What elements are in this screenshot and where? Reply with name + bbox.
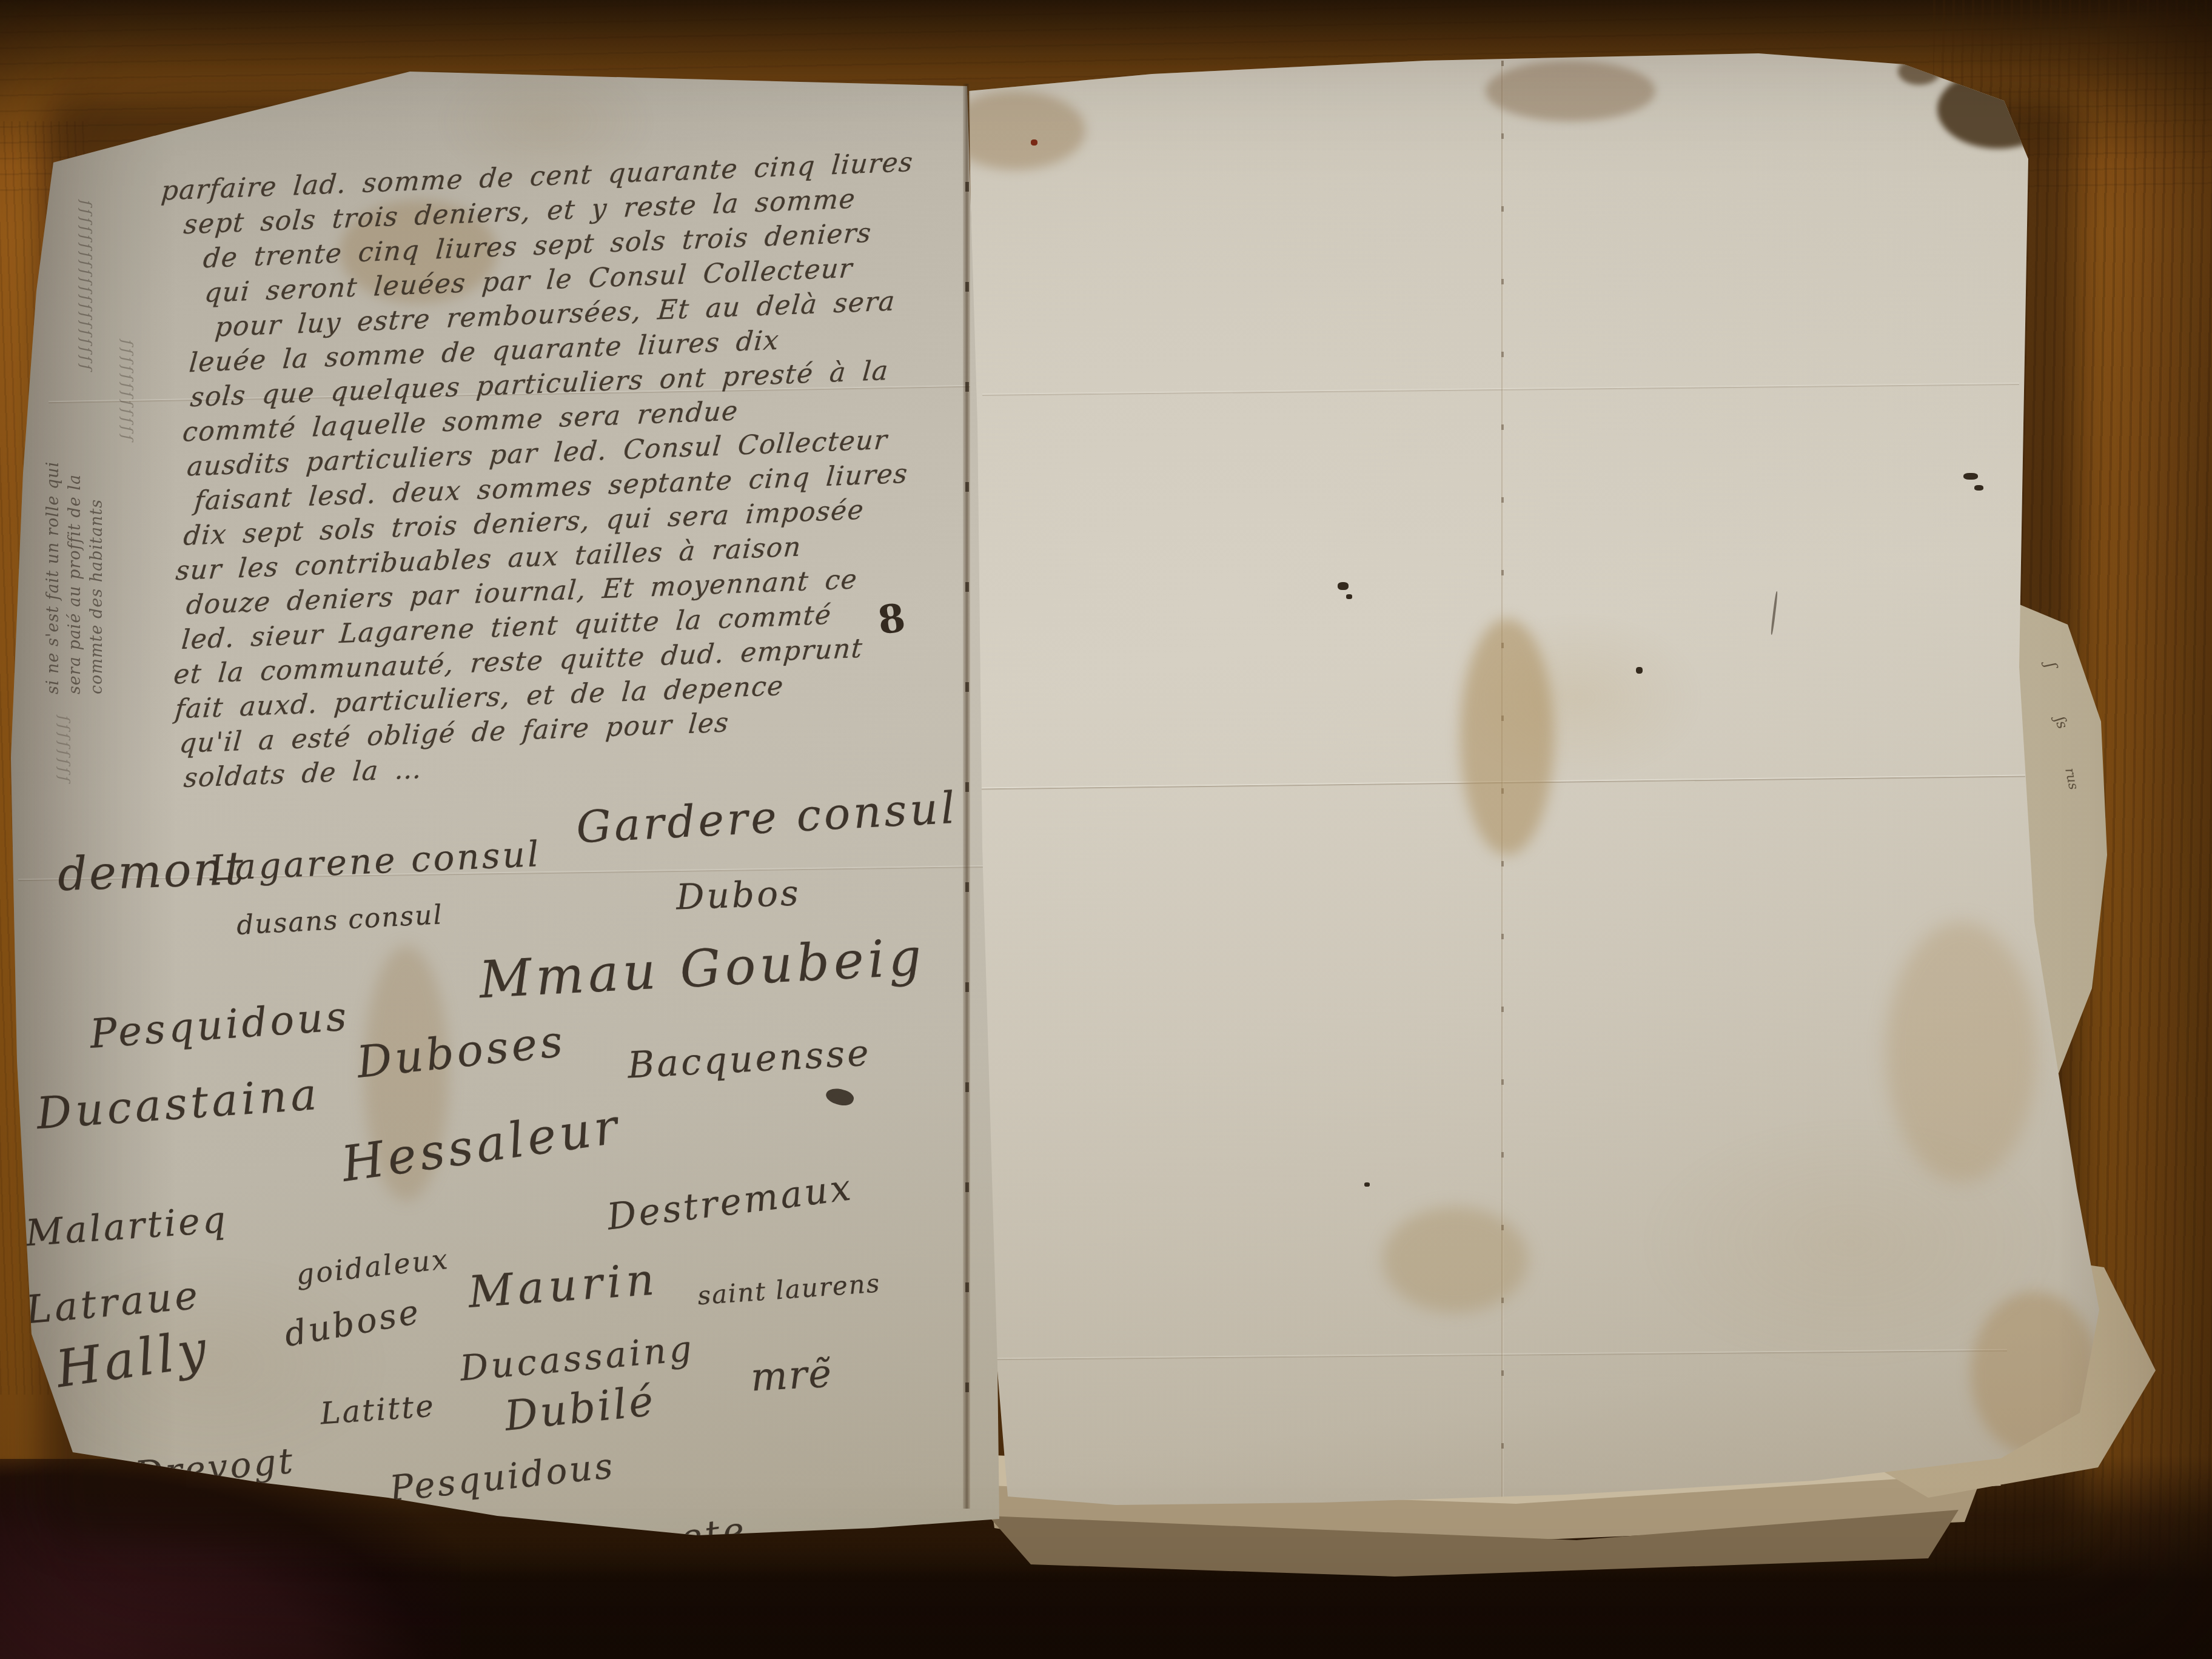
signature: Hally: [52, 1319, 213, 1399]
signature: Mmau Goubeig: [478, 927, 927, 1010]
margin-note: si ne s'est fait un rolle qui sera paié …: [42, 185, 108, 694]
signature: Pesquidous: [387, 1445, 617, 1510]
ink-speck: [1963, 473, 1978, 480]
stain: [1486, 61, 1655, 121]
signature: Dubos: [675, 872, 802, 917]
margin-strokes: ſſſſſſſſſſſſſſſſſſſſ: [78, 200, 95, 373]
signature: dubose: [281, 1292, 424, 1355]
manuscript-text-block: parfaire lad. somme de cent quarante cin…: [124, 144, 1010, 843]
signature: Latitte: [319, 1388, 436, 1431]
text-line: soldats de la …: [183, 754, 424, 794]
ink-speck: [1346, 594, 1352, 599]
ink-speck: [1338, 582, 1349, 590]
ink-speck: [1364, 1182, 1370, 1187]
red-wax-dot: [1031, 139, 1037, 146]
sliver-ink-mark: ʃ: [2041, 661, 2060, 670]
signature: saint laurens: [697, 1269, 882, 1311]
sliver-ink-mark: rus: [2062, 766, 2081, 791]
margin-note-line: si ne s'est fait un rolle qui: [42, 185, 64, 694]
signature: mrẽ: [749, 1352, 834, 1401]
signature: Dubilé: [503, 1377, 658, 1441]
signature: dusans consul: [236, 899, 444, 941]
signature: Malartieq: [24, 1198, 229, 1255]
sliver-ink-mark: ʃs: [2051, 714, 2071, 731]
fold-crease: [982, 383, 2019, 396]
fold-crease: [988, 1349, 2007, 1361]
signature: Ducastaina: [35, 1068, 322, 1139]
ink-speck: [1636, 667, 1643, 674]
signature: Bacquensse: [626, 1032, 872, 1087]
fiber-mark: [1771, 591, 1778, 635]
margin-strokes: ſſſſſſſſſſſſ: [119, 340, 136, 443]
signature: Ducassaing: [458, 1327, 697, 1389]
signature: Destremaux: [605, 1166, 855, 1238]
stain: [1886, 922, 2037, 1182]
signature: goidaleux: [295, 1242, 451, 1291]
ink-blot: [824, 1085, 856, 1109]
stain: [1382, 1207, 1528, 1313]
signature: Maurin: [466, 1253, 660, 1318]
margin-strokes: ſſſſſſſſ: [56, 716, 73, 785]
signature: Pesquidous: [89, 993, 351, 1057]
gutter-stitches: [965, 182, 969, 1425]
ink-speck: [1974, 485, 1983, 491]
stain-center-fold: [1460, 618, 1554, 855]
manuscript-photo-scene: ʃ ʃs rus p: [0, 0, 2212, 1659]
signature: Lagarene consul: [209, 833, 542, 889]
